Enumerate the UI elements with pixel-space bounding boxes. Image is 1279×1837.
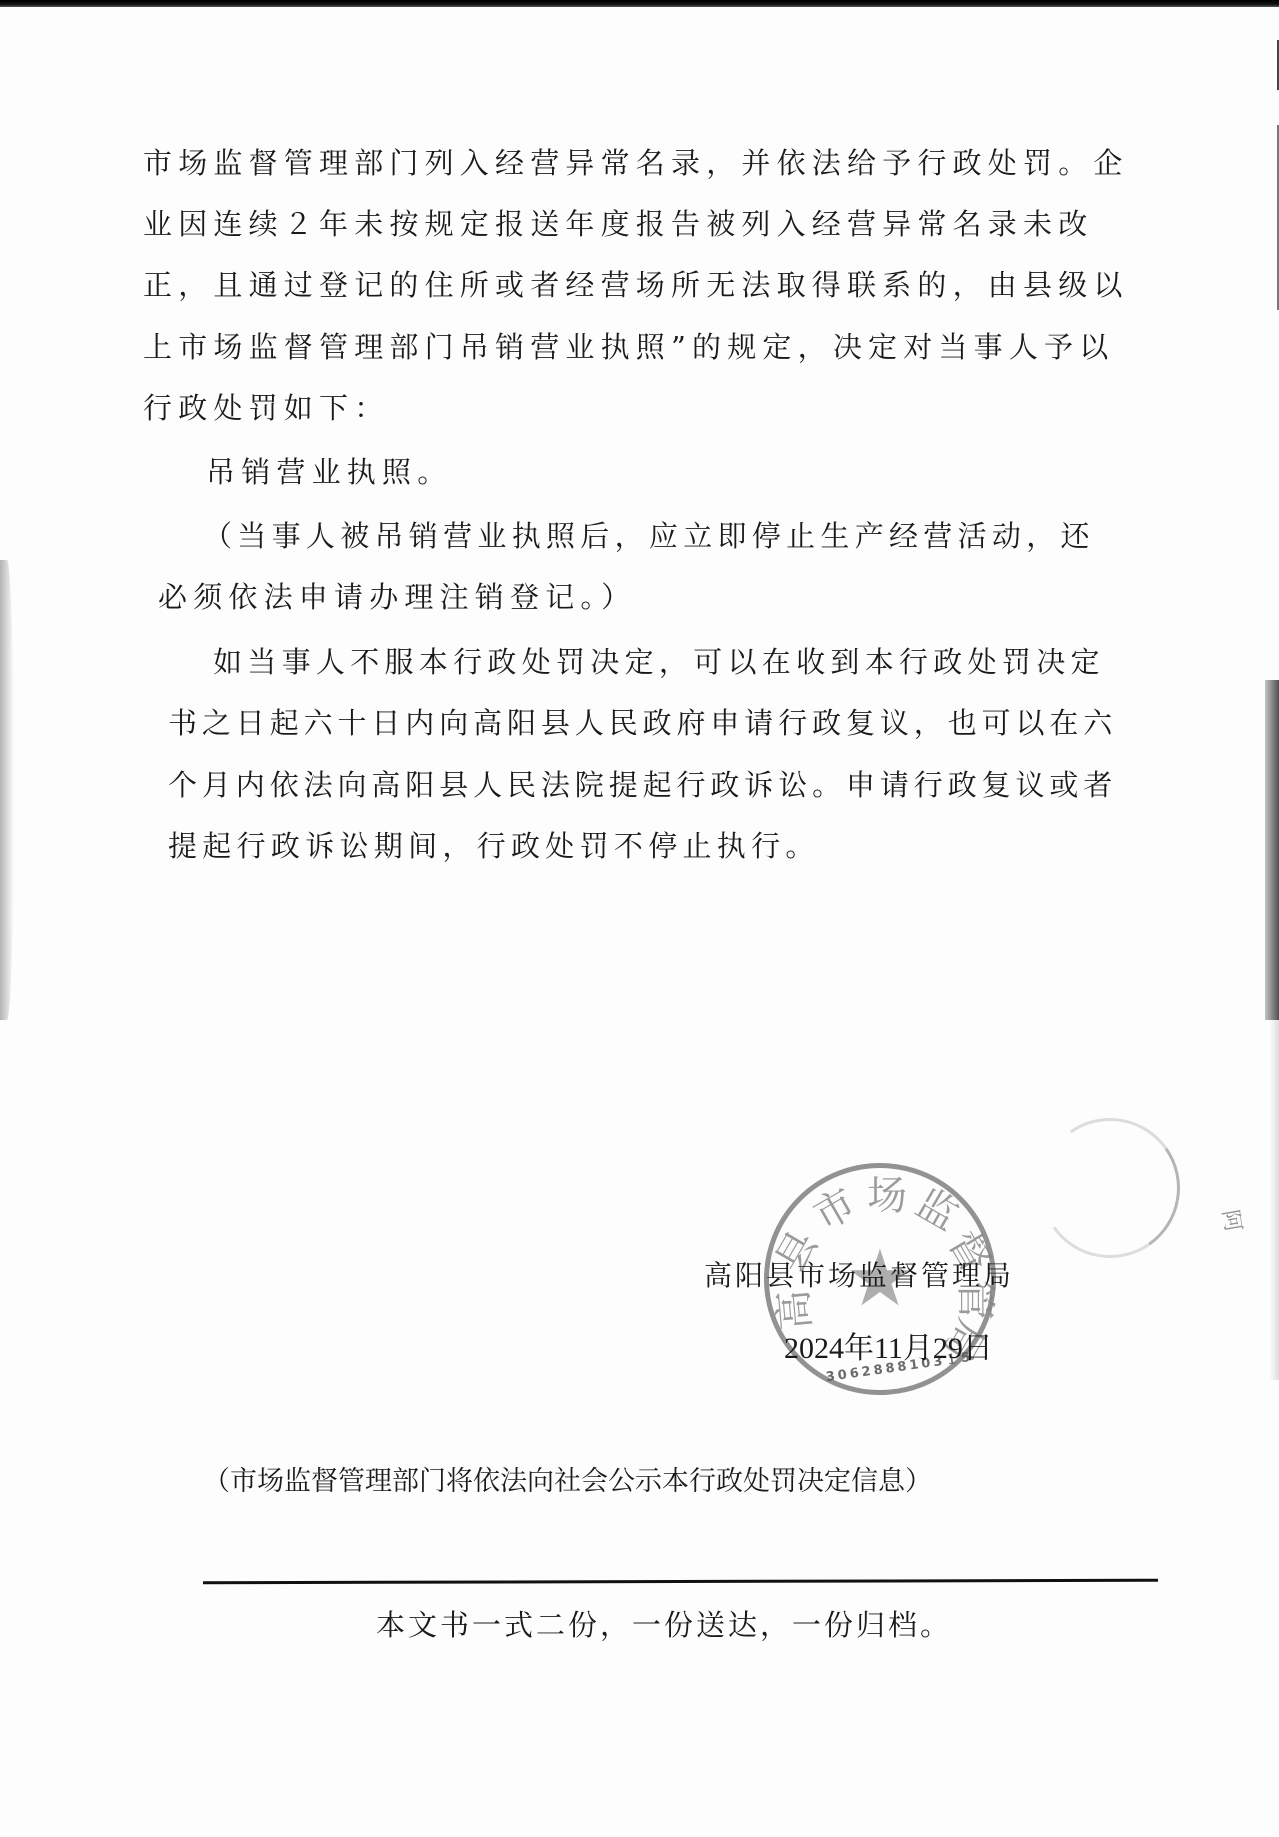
note-line: 必须依法申请办理注销登记。） [158, 577, 636, 617]
note-line: （当事人被吊销营业执照后，应立即停止生产经营活动，还 [203, 516, 1095, 556]
appeal-line: 个月内依法向高阳县人民法院提起行政诉讼。申请行政复议或者 [168, 765, 1117, 805]
appeal-line: 如当事人不服本行政处罚决定，可以在收到本行政处罚决定 [213, 642, 1105, 682]
seal-char: 市 [805, 1180, 865, 1240]
issue-date: 2024年11月29日 [784, 1323, 993, 1367]
penalty-decision: 吊销营业执照。 [206, 452, 452, 492]
publicity-note: （市场监督管理部门将依法向社会公示本行政处罚决定信息） [203, 1462, 932, 1502]
body-line: 市场监督管理部门列入经营异常名录，并依法给予行政处罚。企 [143, 143, 1129, 183]
scan-left-shadow [0, 560, 14, 1020]
body-line: 行政处罚如下： [143, 388, 389, 428]
issuing-authority: 高阳县市场监督管理局 [704, 1254, 1014, 1294]
scan-right-shadow [1269, 1020, 1279, 1380]
body-line: 正，且通过登记的住所或者经营场所无法取得联系的，由县级以 [143, 265, 1129, 305]
scan-top-edge [0, 0, 1279, 7]
seal-char: 场 [865, 1174, 909, 1218]
divider-line [203, 1579, 1158, 1585]
partial-seal-char: 阿 [1216, 1207, 1250, 1234]
copies-footer: 本文书一式二份，一份送达，一份归档。 [376, 1605, 952, 1645]
appeal-line: 书之日起六十日内向高阳县人民政府申请行政复议，也可以在六 [168, 703, 1117, 743]
appeal-line: 提起行政诉讼期间，行政处罚不停止执行。 [168, 826, 820, 866]
body-line: 上市场监督管理部门吊销营业执照”的规定，决定对当事人予以 [143, 327, 1114, 367]
partial-seal [1029, 1107, 1191, 1269]
seal-char: 监 [907, 1180, 967, 1240]
body-line: 业因连续２年未按规定报送年度报告被列入经营异常名录未改 [143, 204, 1093, 244]
scan-right-shadow [1265, 680, 1279, 1020]
